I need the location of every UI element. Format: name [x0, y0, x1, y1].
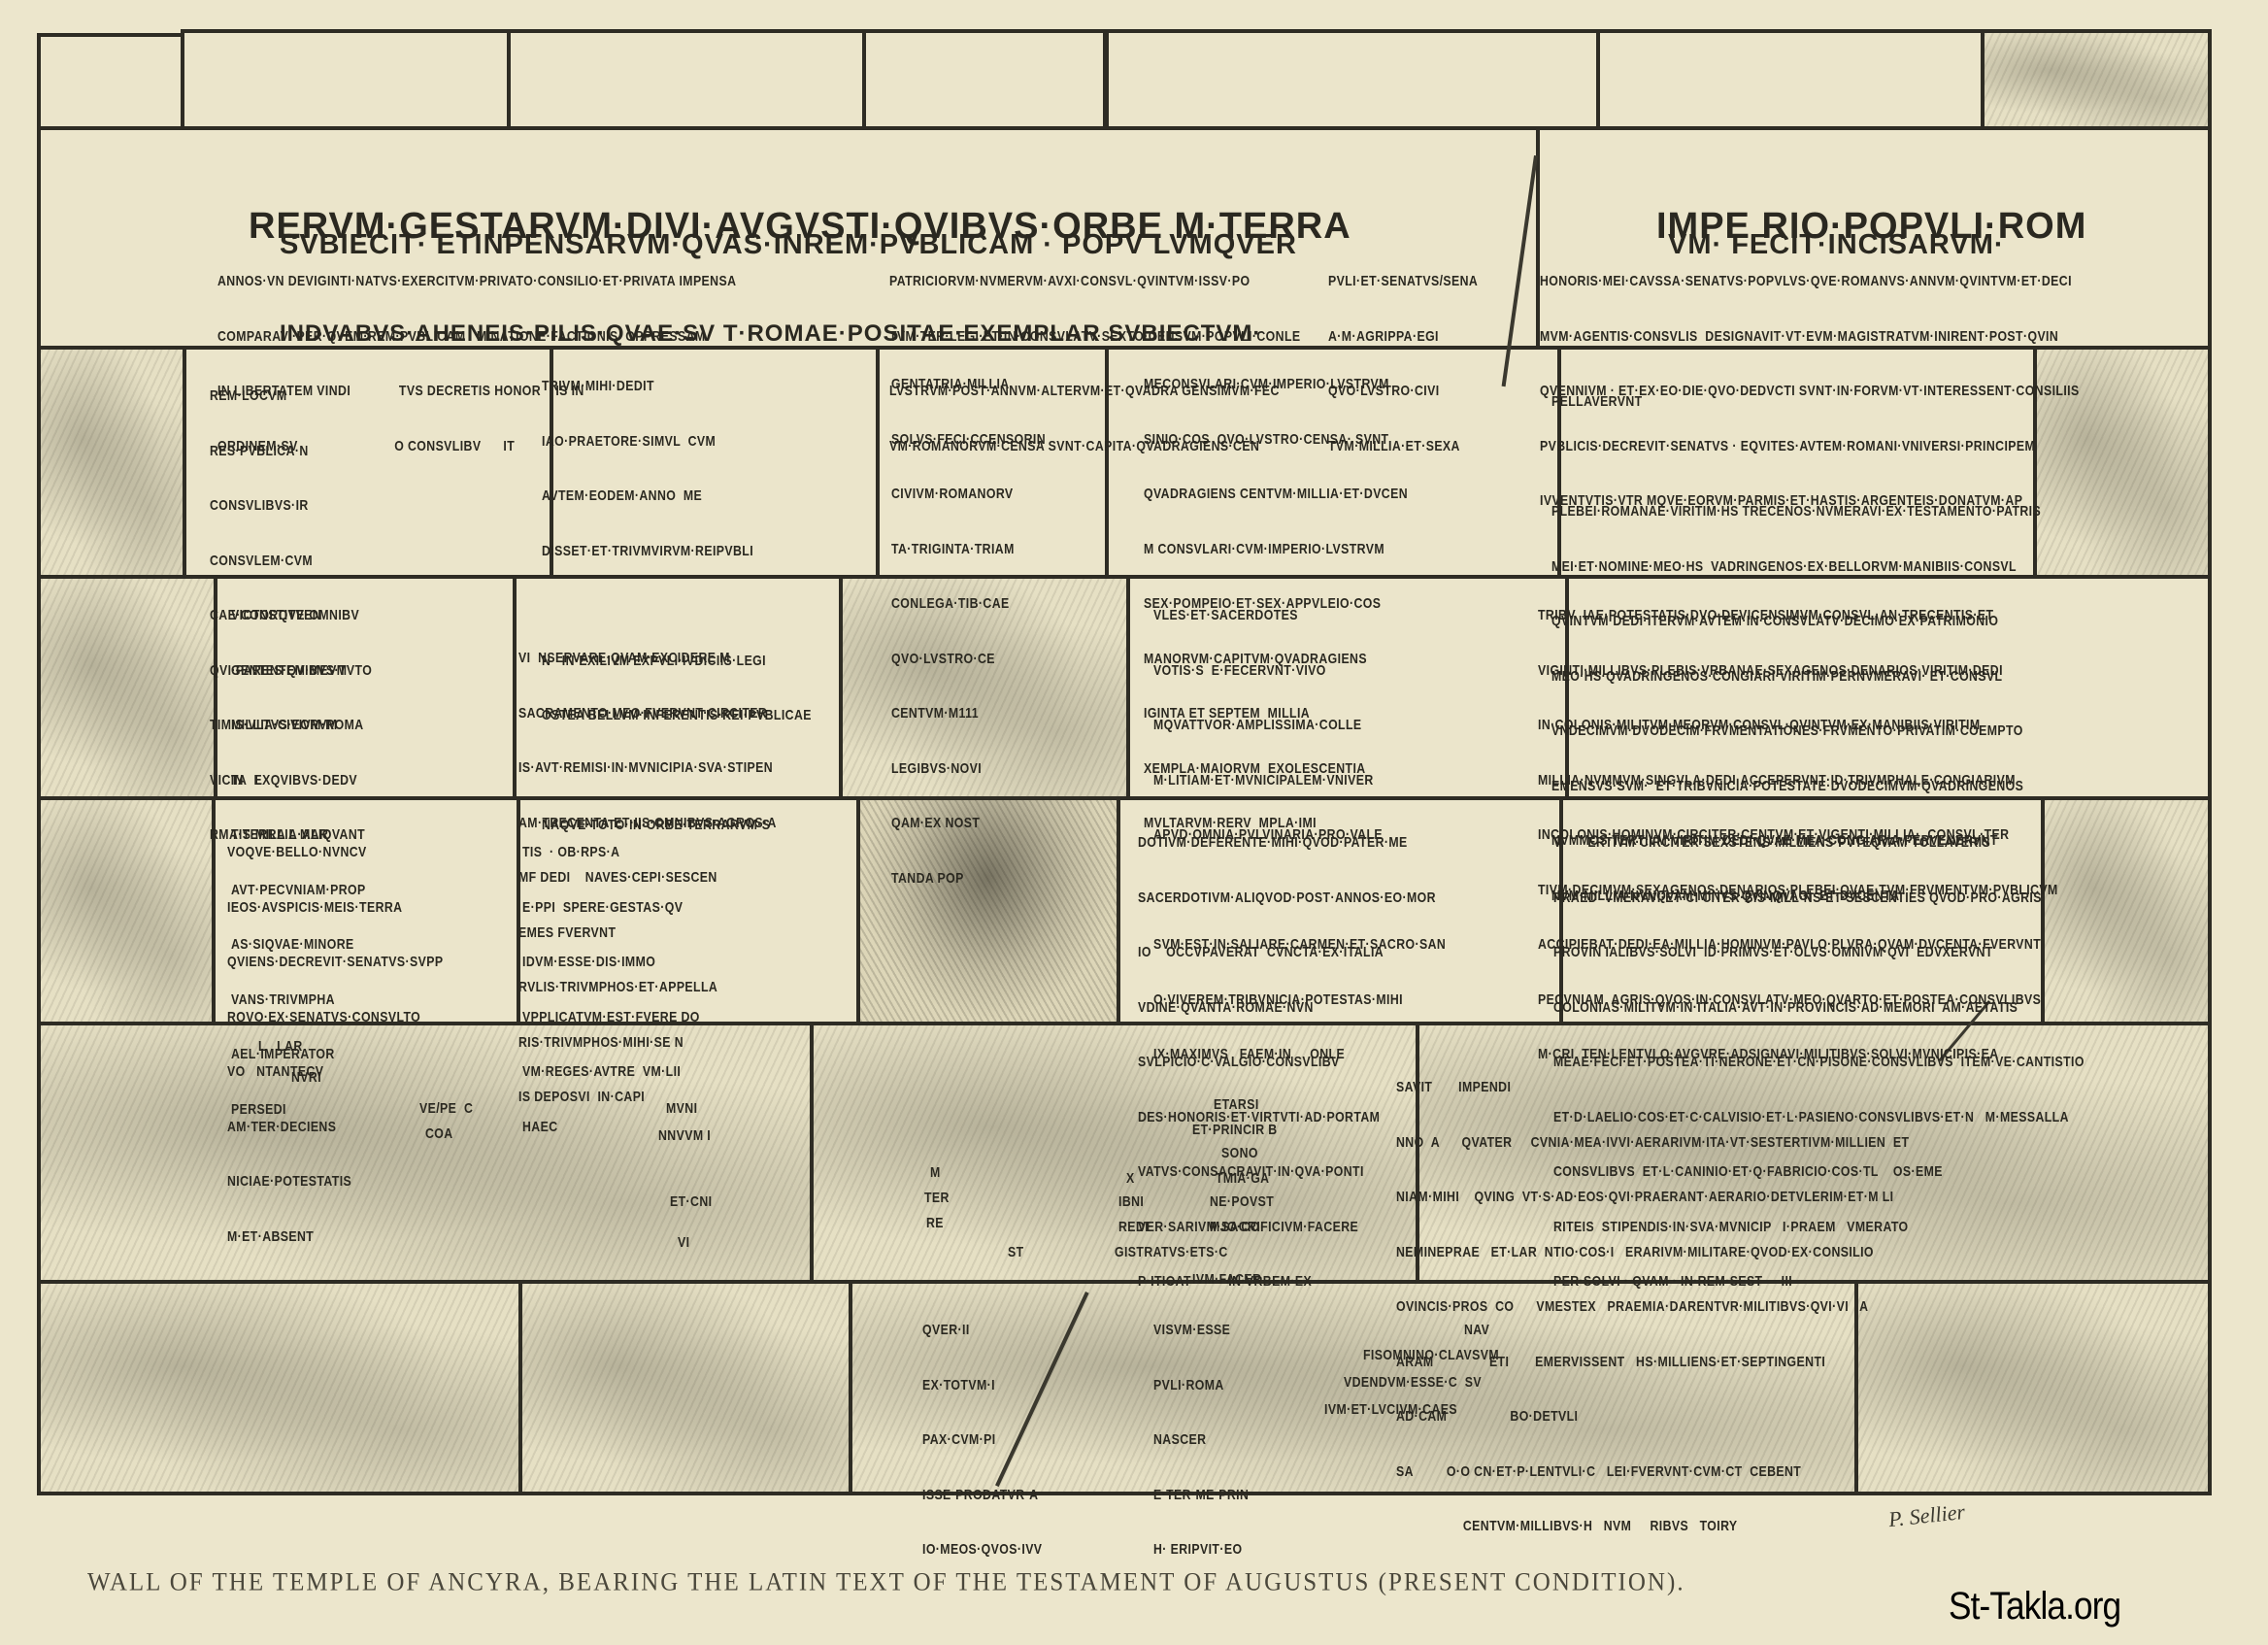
text-line: SACRAMENTO·MEO·FVERVNT·CIRCITER [518, 706, 777, 732]
stone-block [507, 29, 866, 130]
text-line: VOTIS·S E·FECERVNT·VIVO [1153, 663, 1446, 689]
text-line: PVLI·ROMA [1153, 1378, 1249, 1404]
text-line: QVADRAGIENS CENTVM·MILLIA·ET·DVCEN [1144, 487, 1408, 513]
text-line: TRIVM·MIHI·DEDIT [542, 379, 812, 405]
stone-block [1981, 29, 2212, 130]
text-line: NIAM·MIHI QVING VT·S·AD·EOS·QVI·PRAERANT… [1396, 1190, 1909, 1216]
text-line: VLES·ET·SACERDOTES [1153, 608, 1446, 634]
stone-block [37, 575, 217, 800]
text-line: TRIBV IAE·POTESTATIS·DVO·DEVICENSIMVM·CO… [1538, 608, 2058, 634]
temple-wall-illustration: RERVM·GESTARVM·DIVI·AVGVSTI·QVIBVS·ORBE … [37, 29, 2212, 1495]
text-line: PLEBEI·ROMANAE·VIRITIM·HS TRECENOS·NVMER… [1551, 504, 2041, 530]
text-fragment: REDI [1118, 1220, 1149, 1234]
text-line: NNO A QVATER CVNIA·MEA·IVVI·AERARIVM·ITA… [1396, 1135, 1909, 1161]
text-line: NICIAE·POTESTATIS [227, 1174, 443, 1200]
text-fragment: TER [924, 1191, 950, 1205]
text-line: V ERTIVM·CIRCITER·SEXSTENS·MILLIENS·PVTE… [1553, 835, 2085, 861]
text-line: NASCER [1153, 1432, 1249, 1459]
text-column: GENTATRIA·MILLIA SOLVS·FECI·CCENSORIN CI… [891, 348, 1046, 925]
text-line: VDINE·QVANTA·ROMAE·NVN [1138, 1000, 1436, 1026]
text-line: PRAED VMERAVI·ET·CI CITER·BIS·MILL·NS·ET… [1553, 890, 2085, 917]
text-line: VO NTANTECV [227, 1064, 443, 1091]
stone-block [37, 796, 216, 1025]
text-line: DES·HONORIS·ET·VIRTVTI·AD·PORTAM [1138, 1110, 1436, 1136]
text-fragment: ET·CNI [670, 1194, 712, 1209]
text-fragment: L LAR [258, 1039, 303, 1054]
text-fragment: RE [926, 1216, 944, 1230]
watermark: St-Takla.org [1949, 1585, 2120, 1628]
text-line: VISVM·ESSE [1153, 1323, 1249, 1349]
text-line: EX·TOTVM·I [922, 1378, 1042, 1404]
text-line: GENTATRIA·MILLIA [891, 377, 1046, 403]
text-fragment: NAV [1464, 1323, 1489, 1337]
text-line: NEMINEPRAE ET·LAR NTIO·COS·I ERARIVM·MIL… [1396, 1245, 1909, 1271]
text-fragment: IBNI [1118, 1194, 1144, 1209]
text-column: QVER·II EX·TOTVM·I PAX·CVM·PI ISSE·PRODA… [922, 1293, 1042, 1597]
text-fragment: COA [425, 1126, 453, 1141]
text-fragment: MVNI [666, 1101, 697, 1116]
text-line [1551, 450, 2041, 476]
text-line: QVIENS·DECREVIT·SENATVS·SVPP [227, 955, 443, 981]
text-line: PELLAVERVNT [1551, 394, 2041, 420]
text-line [542, 598, 812, 624]
stone-block [1105, 29, 1600, 130]
text-line: COLONIAS·MILITVM·IN·ITALIA·AVT·IN·PROVIN… [1553, 1000, 2085, 1026]
text-line: VI NSERVARE·QVAM·EXCIDERE M [518, 651, 777, 677]
text-line: M·LITIAM·ET·MVNICIPALEM·VNIVER [1153, 773, 1446, 799]
stone-block [37, 1280, 522, 1495]
text-fragment: TMIA·GA [1216, 1171, 1269, 1186]
text-fragment: VDENDVM·ESSE·C SV [1344, 1375, 1482, 1390]
text-line: M CONSVLARI·CVM·IMPERIO·LVSTRVM [1144, 542, 1408, 568]
text-line: MECONSVLARI·CVM·IMPERIO·LVSTRVM [1144, 377, 1408, 403]
text-line: AM·TER·DECIENS [227, 1120, 443, 1146]
text-line: E·PPI SPERE·GESTAS·QV [522, 900, 700, 926]
text-line: SAVIT IMPENDI [1396, 1080, 1909, 1106]
text-line: REM·LOCVM [210, 388, 347, 415]
text-line: SVLPICIO·C·VALGIO·CONSVLIBV [1138, 1055, 1436, 1081]
text-fragment: NE·POVST [1210, 1194, 1274, 1209]
text-line: CENTVM·MILLIBVS·H NVM RIBVS TOIRY [1396, 1519, 1909, 1545]
text-line: QVER·II [922, 1323, 1042, 1349]
text-fragment: MJO·CO [1210, 1220, 1260, 1234]
text-line: SINIO·COS QVO·LVSTRO·CENSA· SVNT [1144, 432, 1408, 458]
text-line: MVM·AGENTIS·CONSVLIS DESIGNAVIT·VT·EVM·M… [1540, 329, 2080, 355]
text-line: IDVM·ESSE·DIS·IMMO [522, 955, 700, 981]
text-line: DISSET·ET·TRIVMVIRVM·REIPVBLI [542, 544, 812, 570]
text-column: VISVM·ESSE PVLI·ROMA NASCER E·TER·ME·PRI… [1153, 1293, 1249, 1597]
text-fragment: FISOMNINO·CLAVSVM [1363, 1348, 1499, 1362]
text-column: TIS · OB·RPS·A E·PPI SPERE·GESTAS·QV IDV… [522, 816, 700, 1174]
text-line: VM·REGES·AVTRE VM·LII [522, 1064, 700, 1091]
text-line: QAM·EX NOST [891, 816, 1046, 842]
text-fragment: NNVVM I [658, 1128, 711, 1143]
text-line: SA O·O CN·ET·P·LENTVLI·C LEI·FVERVNT·CVM… [1396, 1464, 1909, 1491]
text-line: VIGINTI·MILLIBVS·PLEBIS·VRBANAE·SEXAGENO… [1538, 663, 2058, 689]
text-line: HONORIS·MEI·CAVSSA·SENATVS·POPVLVS·QVE·R… [1540, 274, 2080, 300]
stone-block [181, 29, 511, 130]
text-line: TANDA POP [891, 871, 1046, 897]
text-line: SACERDOTIVM·ALIQVOD·POST·ANNOS·EO·MOR [1138, 890, 1436, 917]
text-fragment: ETARSI [1214, 1097, 1259, 1112]
text-line: E·TER·ME·PRIN [1153, 1488, 1249, 1514]
text-line: CONLEGA·TIB·CAE [891, 596, 1046, 622]
stone-block [518, 1280, 852, 1495]
text-line: PVLI·ET·SENATVS/SENA [1328, 274, 1478, 300]
text-line: PATRICIORVM·NVMERVM·AVXI·CONSVL·QVINTVM·… [889, 274, 1300, 300]
text-fragment: GISTRATVS·ETS·C [1115, 1245, 1228, 1259]
text-line: VICTORQVE·OMNIBV [231, 608, 372, 634]
stone-block [37, 33, 184, 130]
text-line: IS·AVT·REMISI·IN·MVNICIPIA·SVA·STIPEN [518, 760, 777, 787]
text-line: MQVATTVOR·AMPLISSIMA·COLLE [1153, 718, 1446, 744]
text-fragment: M [930, 1165, 941, 1180]
text-line: RQVO·EX·SENATVS·CONSVLTO [227, 1010, 443, 1036]
text-fragment: SONO [1221, 1146, 1258, 1160]
text-line: IN·COLONIS·MILITVM·MEORVM·CONSVL·QVINTVM… [1538, 718, 2058, 744]
text-line: M·ET·ABSENT [227, 1229, 443, 1256]
text-fragment: VI [678, 1235, 689, 1250]
text-line: CONSVLEM·CVM [210, 554, 347, 580]
text-fragment: IVM·FACER [1192, 1272, 1261, 1287]
text-fragment: NVRI [291, 1070, 321, 1085]
text-fragment: ET·PRINCIR B [1192, 1123, 1278, 1137]
text-line: IO OCCVPAVERAT CVNCTA·EX·ITALIA [1138, 945, 1436, 971]
text-line: CIVIVM·ROMANORV [891, 487, 1046, 513]
text-line: H· ERIPVIT·EO [1153, 1542, 1249, 1568]
text-line: VER·SARIVM·SACRIFICIVM·FACERE [1138, 1220, 1436, 1246]
figure-caption: WALL OF THE TEMPLE OF ANCYRA, BEARING TH… [87, 1568, 1685, 1596]
text-fragment: VE/PE C [419, 1101, 473, 1116]
text-line: LEGIBVS·NOVI [891, 761, 1046, 788]
text-line: PAX·CVM·PI [922, 1432, 1042, 1459]
text-line: TIS · OB·RPS·A [522, 845, 700, 871]
text-line: SOLVS·FECI·CCENSORIN [891, 432, 1046, 458]
text-fragment: X [1126, 1171, 1135, 1186]
text-line: MILLIA·NVMMVM·SINGVLA·DEDI·ACCEPERVNT·ID… [1538, 773, 2058, 799]
text-line: TA EXQVIBVS·DEDV [231, 773, 372, 799]
text-line: CONSVLIBVS·IR [210, 498, 347, 524]
text-line: ISSE·PRODATVR·A [922, 1488, 1042, 1514]
text-line: CENTVM·M111 [891, 706, 1046, 732]
text-line: PROVIN IALIBVS·SOLVI ID·PRIMVS·ET·OLVS·O… [1553, 945, 2085, 971]
text-line: VOQVE·BELLO·NVNCV [227, 845, 443, 871]
text-line: IO·MEOS·QVOS·IVV [922, 1542, 1042, 1568]
text-fragment: IVM·ET·LVCIVM·CAES [1324, 1402, 1457, 1417]
text-line: ANNOS·VN DEVIGINTI·NATVS·EXERCITVM·PRIVA… [217, 274, 736, 300]
text-line: IEOS·AVSPICIS·MEIS·TERRA [227, 900, 443, 926]
text-line: MILLIA·CIVIVM·ROMA [231, 718, 372, 744]
text-column: SAVIT IMPENDI NNO A QVATER CVNIA·MEA·IVV… [1396, 1051, 1909, 1574]
stone-block [37, 346, 186, 579]
stone-block [1596, 29, 1984, 130]
text-line: IAO·PRAETORE·SIMVL CVM [542, 434, 812, 460]
stone-block [862, 29, 1107, 130]
text-line: QVO·LVSTRO·CE [891, 652, 1046, 678]
text-line: AVTEM·EODEM·ANNO ME [542, 488, 812, 515]
text-line: VATVS·CONSACRAVIT·IN·QVA·PONTI [1138, 1164, 1436, 1191]
text-line: AD·CAM BO·DETVLI [1396, 1409, 1909, 1435]
text-line: TA·TRIGINTA·TRIAM [891, 542, 1046, 568]
text-line: GENTES·QVIBVS·TVTO [231, 663, 372, 689]
text-line: RES·PVBLICA·N [210, 444, 347, 470]
text-line: DOTIVM·DEFERENTE·MIHI·QVOD·PATER·ME [1138, 835, 1436, 861]
text-line: VPPLICATVM·EST·FVERE DO [522, 1010, 700, 1036]
text-fragment: ST [1008, 1245, 1024, 1259]
